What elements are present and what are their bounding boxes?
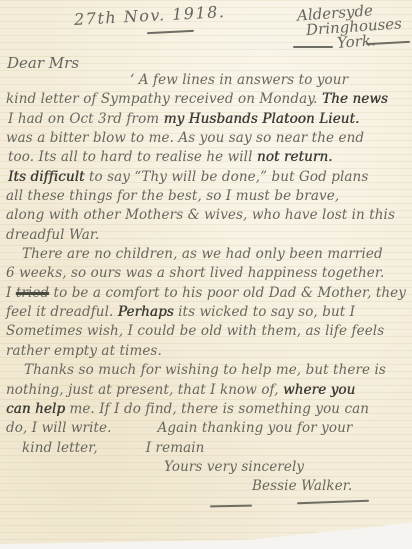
text-segment: all these things for the best, so I must… <box>6 188 339 204</box>
letter-line: Its difficult to say “Thy will be done,”… <box>8 168 410 187</box>
text-segment: can help <box>6 401 65 417</box>
text-segment: ‘ A few lines in answers to your <box>130 72 348 88</box>
letter-line: Sometimes wish, I could be old with them… <box>6 322 410 341</box>
letter-line: nothing, just at present, that I know of… <box>6 381 410 400</box>
text-segment: Bessie Walker. <box>252 478 352 494</box>
letter-line: dreadful War. <box>6 226 410 245</box>
text-segment: do, I will write. <box>6 420 112 436</box>
text-segment: kind letter of Sympathy received on Mond… <box>6 91 322 107</box>
letter-line: There are no children, as we had only be… <box>22 245 410 264</box>
text-segment: dreadful War. <box>6 227 99 243</box>
signature: Bessie Walker. <box>252 477 410 496</box>
text-segment: Again thanking you for your <box>158 420 353 436</box>
letter-line: 6 weeks, so ours was a short lived happi… <box>6 264 410 283</box>
letter-line: was a bitter blow to me. As you say so n… <box>6 129 410 148</box>
text-segment: Yours very sincerely <box>164 459 304 475</box>
text-segment: Thanks so much for wishing to help me, b… <box>24 362 386 378</box>
text-segment: I <box>6 285 16 301</box>
letter-line: along with other Mothers & wives, who ha… <box>6 206 410 225</box>
letter-line: feel it dreadful. Perhaps its wicked to … <box>6 303 410 322</box>
text-segment: There are no children, as we had only be… <box>22 246 383 262</box>
text-segment: not return. <box>257 149 333 165</box>
letter-line: I tried to be a comfort to his poor old … <box>6 284 410 303</box>
letter-body: ‘ A few lines in answers to yourkind let… <box>6 71 410 497</box>
text-segment: kind letter, <box>22 440 98 456</box>
letter-line: do, I will write.Again thanking you for … <box>6 419 410 438</box>
text-segment: feel it dreadful. <box>6 304 118 320</box>
letter-line: Thanks so much for wishing to help me, b… <box>24 361 410 380</box>
signature-flourish-left <box>210 505 252 508</box>
letter-date: 27th Nov. 1918. <box>74 2 226 29</box>
signature-flourish-right <box>297 500 369 505</box>
text-segment: to say “Thy will be done,” but God plans <box>85 169 369 185</box>
date-underline-stroke <box>147 30 194 34</box>
letter-line: Yours very sincerely <box>164 458 410 477</box>
letter-line: too. Its all to hard to realise he will … <box>8 148 410 167</box>
text-segment: me. If I do find, there is something you… <box>65 401 369 417</box>
text-segment: where you <box>283 382 355 398</box>
text-segment: its wicked to say so, but I <box>174 304 355 320</box>
letter-line: kind letter of Sympathy received on Mond… <box>6 90 410 109</box>
text-segment: Perhaps <box>118 304 174 320</box>
text-segment: too. Its all to hard to realise he will <box>8 149 257 165</box>
text-segment: The news <box>322 91 388 107</box>
text-segment: rather empty at times. <box>6 343 162 359</box>
letter-line: kind letter,I remain <box>22 439 410 458</box>
text-segment: along with other Mothers & wives, who ha… <box>6 207 395 223</box>
scanned-letter-photo: 27th Nov. 1918. AldersydeDringhousesYork… <box>0 0 412 549</box>
letter-line: I had on Oct 3rd from my Husbands Platoo… <box>8 110 410 129</box>
text-segment: Its difficult <box>8 169 85 185</box>
letter-paper: 27th Nov. 1918. AldersydeDringhousesYork… <box>0 0 412 549</box>
text-segment: nothing, just at present, that I know of… <box>6 382 283 398</box>
letter-line: all these things for the best, so I must… <box>6 187 410 206</box>
text-segment: I remain <box>146 440 205 456</box>
text-segment: to be a comfort to his poor old Dad & Mo… <box>49 285 406 301</box>
letter-line: rather empty at times. <box>6 342 410 361</box>
text-segment: I had on Oct 3rd from <box>8 111 164 127</box>
salutation: Dear Mrs <box>7 54 79 72</box>
text-segment: was a bitter blow to me. As you say so n… <box>6 130 364 146</box>
text-segment: 6 weeks, so ours was a short lived happi… <box>6 265 384 281</box>
letter-line: ‘ A few lines in answers to your <box>130 71 410 90</box>
struck-word: tried <box>16 285 49 301</box>
address-dash-left <box>293 46 333 48</box>
letter-line: can help me. If I do find, there is some… <box>6 400 410 419</box>
text-segment: my Husbands Platoon Lieut. <box>164 111 360 127</box>
text-segment: Sometimes wish, I could be old with them… <box>6 323 384 339</box>
